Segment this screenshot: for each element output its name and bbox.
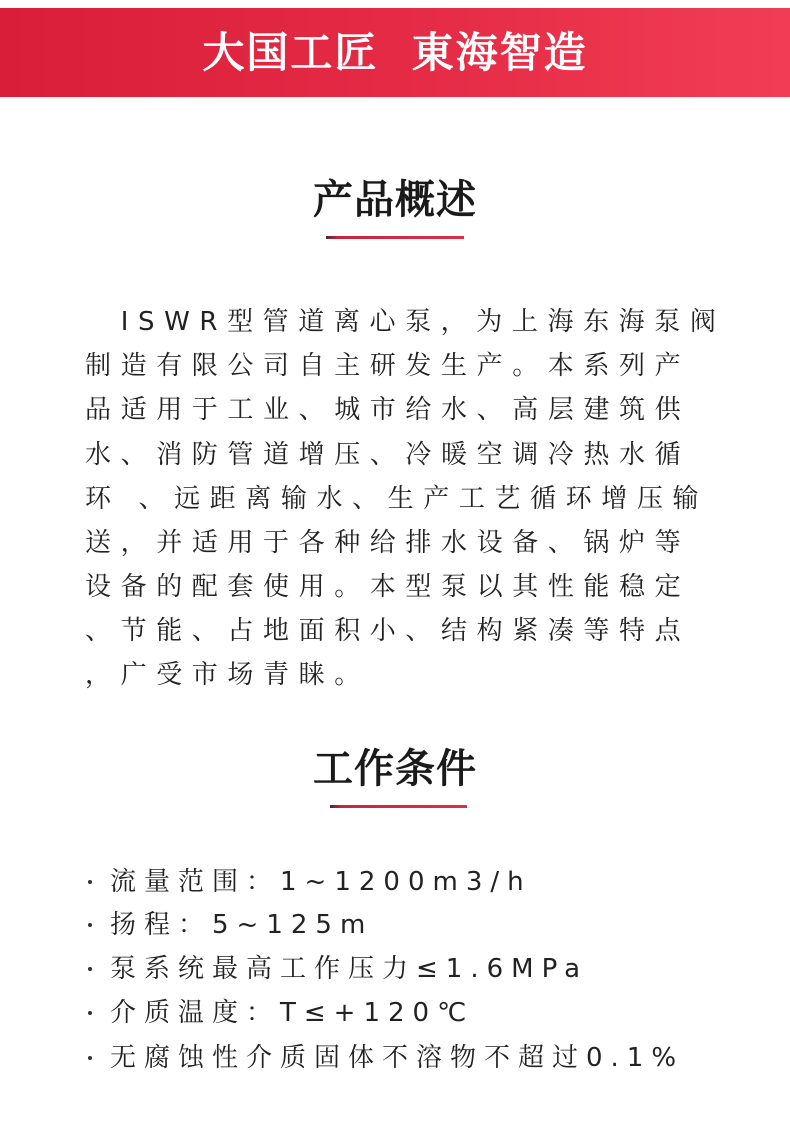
banner-title: 大国工匠 東海智造 (202, 32, 587, 74)
bullet-icon (88, 1056, 92, 1060)
section-title-conditions: 工作条件 (0, 749, 790, 789)
paragraph-line: 制造有限公司自主研发生产。本系列产 (85, 353, 690, 379)
list-item: 泵系统最高工作压力≤1.6MPa (85, 956, 588, 982)
list-item-text: 流量范围：1~1200m3/h (110, 869, 532, 895)
list-item: 无腐蚀性介质固体不溶物不超过0.1% (85, 1045, 684, 1071)
paragraph-line: 水、消防管道增压、冷暖空调冷热水循 (85, 442, 690, 468)
section-title-overview: 产品概述 (0, 180, 790, 220)
paragraph-line: 设备的配套使用。本型泵以其性能稳定 (85, 574, 690, 600)
bullet-icon (88, 967, 92, 971)
bullet-icon (88, 923, 92, 927)
section-underline-overview (326, 236, 464, 239)
list-item: 流量范围：1~1200m3/h (85, 869, 532, 895)
paragraph-line: ISWR型管道离心泵，为上海东海泵阀 (85, 309, 725, 335)
bullet-icon (88, 880, 92, 884)
list-item: 扬程：5~125m (85, 912, 373, 938)
paragraph-line: ，广受市场青睐。 (85, 662, 370, 688)
list-item-text: 无腐蚀性介质固体不溶物不超过0.1% (110, 1045, 684, 1071)
paragraph-line: 送，并适用于各种给排水设备、锅炉等 (85, 530, 690, 556)
list-item: 介质温度：T≤+120℃ (85, 1000, 474, 1026)
list-item-text: 泵系统最高工作压力≤1.6MPa (110, 956, 588, 982)
bullet-icon (88, 1011, 92, 1015)
paragraph-line: 品适用于工业、城市给水、高层建筑供 (85, 397, 690, 423)
paragraph-line: 、节能、占地面积小、结构紧凑等特点 (85, 618, 690, 644)
list-item-text: 介质温度：T≤+120℃ (110, 1000, 474, 1026)
list-item-text: 扬程：5~125m (110, 912, 373, 938)
header-banner: 大国工匠 東海智造 (0, 8, 790, 97)
paragraph-line: 环 、远距离输水、生产工艺循环增压输 (85, 486, 708, 512)
section-underline-conditions (330, 805, 467, 808)
